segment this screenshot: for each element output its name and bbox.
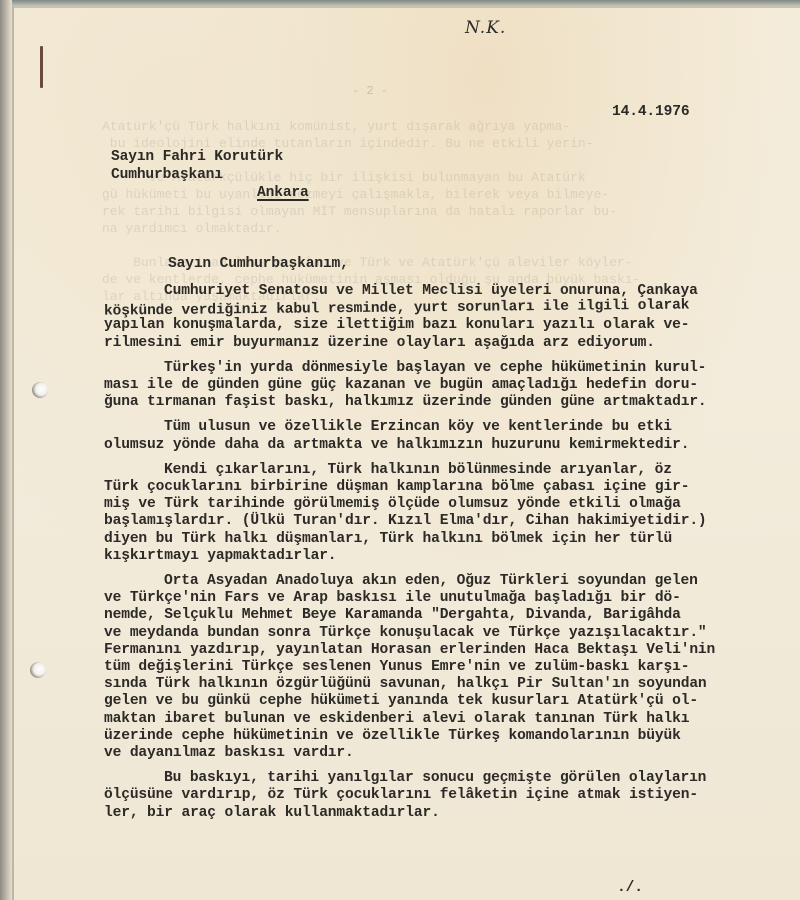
recipient-address: Sayın Fahri Korutürk Cumhurbaşkanı Ankar… (111, 148, 309, 202)
paragraph: Bu baskıyı, tarihi yanılgılar sonucu geç… (104, 770, 794, 822)
text-line: Tüm ulusun ve özellikle Erzincan köy ve … (104, 419, 794, 436)
continuation-mark: ./. (617, 880, 643, 896)
punch-hole-top (32, 382, 48, 398)
bleed-through-text: Atatürk'çü Türk halkını komünist, yurt d… (102, 118, 640, 305)
text-line: olumsuz yönde daha da artmakta ve halkım… (104, 437, 794, 454)
text-line: miş ve Türk tarihinde görülmemiş ölçüde … (104, 496, 794, 513)
recipient-title: Cumhurbaşkanı (111, 166, 309, 184)
text-line: ğuna tırmanan faşist baskı, halkımız üze… (104, 394, 794, 411)
page-number-mark: - 2 - (352, 84, 388, 98)
text-line: maktan ibaret bulunan ve eskidenberi ale… (104, 711, 794, 728)
text-line: ması ile de günden güne güç kazanan ve b… (104, 377, 794, 394)
text-line: Bu baskıyı, tarihi yanılgılar sonucu geç… (104, 770, 794, 787)
text-line: diyen bu Türk halkı düşmanları, Türk hal… (104, 531, 794, 548)
text-line: rilmesini emir buyurmanız üzerine olayla… (104, 335, 794, 352)
text-line: gelen ve bu günkü cephe hükümeti yanında… (104, 693, 794, 710)
text-line: üzerinde cephe hükümetinin ve özellikle … (104, 728, 794, 745)
recipient-name: Sayın Fahri Korutürk (111, 148, 309, 166)
text-line: kışkırtmayı yapmaktadırlar. (104, 548, 794, 565)
staple (40, 46, 43, 88)
paragraph: Tüm ulusun ve özellikle Erzincan köy ve … (104, 419, 794, 453)
recipient-city: Ankara (111, 184, 309, 202)
text-line: nemde, Selçuklu Mehmet Beye Karamanda "D… (104, 607, 794, 624)
paragraph: Türkeş'in yurda dönmesiyle başlayan ve c… (104, 360, 794, 412)
text-line: Fermanını yazdırıp, yayınlatan Horasan e… (104, 642, 794, 659)
scan-left-edge (0, 0, 12, 900)
text-line: ve Türkçe'nin Fars ve Arap baskısı ile u… (104, 590, 794, 607)
salutation: Sayın Cumhurbaşkanım, (168, 256, 349, 272)
text-line: Kendi çıkarlarını, Türk halkının bölünme… (104, 462, 794, 479)
text-line: başlamışlardır. (Ülkü Turan'dır. Kızıl E… (104, 513, 794, 530)
paragraph: Cumhuriyet Senatosu ve Millet Meclisi üy… (104, 283, 794, 352)
text-line: ölçüsüne vardırıp, öz Türk çocuklarını f… (104, 787, 794, 804)
text-line: Türk çocuklarını birbirine düşman kampla… (104, 479, 794, 496)
punch-hole-bottom (30, 662, 46, 678)
text-line: Orta Asyadan Anadoluya akın eden, Oğuz T… (104, 573, 794, 590)
text-line: yapılan konuşmalarda, size ilettiğim baz… (104, 317, 794, 334)
paragraph: Orta Asyadan Anadoluya akın eden, Oğuz T… (104, 573, 794, 762)
paragraph: Kendi çıkarlarını, Türk halkının bölünme… (104, 462, 794, 565)
text-line: tüm değişlerini Türkçe seslenen Yunus Em… (104, 659, 794, 676)
text-line: ve dayanılmaz baskısı vardır. (104, 745, 794, 762)
letter-date: 14.4.1976 (612, 104, 689, 120)
text-line: sında Türk halkının özgürlüğünü savunan,… (104, 676, 794, 693)
handwritten-initials: N.K. (465, 18, 506, 38)
text-line: Türkeş'in yurda dönmesiyle başlayan ve c… (104, 360, 794, 377)
letter-body: Cumhuriyet Senatosu ve Millet Meclisi üy… (104, 283, 794, 830)
text-line: ve meydanda bundan sonra Türkçe konuşula… (104, 625, 794, 642)
text-line: ler, bir araç olarak kullanmaktadırlar. (104, 805, 794, 822)
